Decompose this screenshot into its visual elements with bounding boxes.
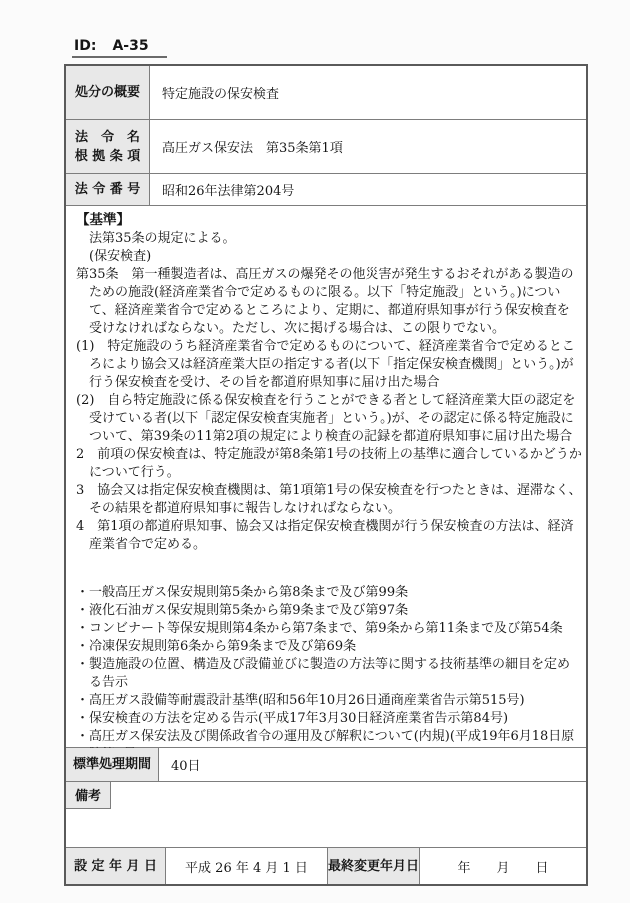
criteria-section: 【基準】 法第35条の規定による。 (保安検査) 第35条 第一種製造者は、高圧… <box>66 206 586 748</box>
law-number-label: 法 令 番 号 <box>66 174 150 205</box>
regulation-bullet: ・高圧ガス設備等耐震設計基準(昭和56年10月26日通商産業省告示第515号) <box>76 692 582 710</box>
processing-period-value: 40日 <box>159 748 586 781</box>
remarks-label: 備考 <box>66 782 111 809</box>
row-overview: 処分の概要 特定施設の保安検査 <box>66 66 586 120</box>
criteria-intro-line: 法第35条の規定による。 <box>76 230 582 248</box>
last-modified-label: 最終変更年月日 <box>328 848 420 884</box>
law-number-value: 昭和26年法律第204号 <box>150 174 586 205</box>
id-label: ID: <box>74 38 96 54</box>
regulation-bullet: ・保安検査の方法を定める告示(平成17年3月30日経済産業省告示第84号) <box>76 710 582 728</box>
last-modified-value: 年 月 日 <box>420 848 586 884</box>
criteria-paragraph: 第35条 第一種製造者は、高圧ガスの爆発その他災害が発生するおそれがある製造のた… <box>76 266 582 338</box>
law-name-label-line1: 法 令 名 <box>75 128 140 147</box>
criteria-paragraph: (1) 特定施設のうち経済産業省令で定めるものについて、経済産業省令で定めるとこ… <box>76 338 582 392</box>
regulation-bullet: ・冷凍保安規則第6条から第9条まで及び第69条 <box>76 638 582 656</box>
row-law-number: 法 令 番 号 昭和26年法律第204号 <box>66 174 586 206</box>
set-date-value: 平成 26 年 4 月 1 日 <box>166 848 328 884</box>
regulation-bullet-list: ・一般高圧ガス保安規則第5条から第8条まで及び第99条 ・液化石油ガス保安規則第… <box>76 584 582 764</box>
row-processing-period: 標準処理期間 40日 <box>66 748 586 782</box>
overview-value: 特定施設の保安検査 <box>150 66 586 119</box>
id-value: A-35 <box>112 38 148 54</box>
criteria-intro-line: (保安検査) <box>76 248 582 266</box>
document-page: ID:A-35 処分の概要 特定施設の保安検査 法 令 名 根 拠 条 項 高圧… <box>0 0 630 903</box>
row-law-name: 法 令 名 根 拠 条 項 高圧ガス保安法 第35条第1項 <box>66 120 586 174</box>
law-name-label: 法 令 名 根 拠 条 項 <box>66 120 150 173</box>
overview-label: 処分の概要 <box>66 66 150 119</box>
law-name-label-line2: 根 拠 条 項 <box>75 147 141 166</box>
criteria-paragraph: (2) 自ら特定施設に係る保安検査を行うことができる者として経済産業大臣の認定を… <box>76 392 582 446</box>
criteria-body: 法第35条の規定による。 (保安検査) 第35条 第一種製造者は、高圧ガスの爆発… <box>76 230 582 764</box>
criteria-heading: 【基準】 <box>76 211 582 230</box>
row-remarks: 備考 <box>66 782 586 848</box>
criteria-paragraph: 4 第1項の都道府県知事、協会又は指定保安検査機関が行う保安検査の方法は、経済産… <box>76 518 582 554</box>
row-dates: 設 定 年 月 日 平成 26 年 4 月 1 日 最終変更年月日 年 月 日 <box>66 848 586 884</box>
criteria-paragraph: 3 協会又は指定保安検査機関は、第1項第1号の保安検査を行つたときは、遅滞なく、… <box>76 482 582 518</box>
document-id: ID:A-35 <box>72 38 167 58</box>
regulation-bullet: ・製造施設の位置、構造及び設備並びに製造の方法等に関する技術基準の細目を定める告… <box>76 656 582 692</box>
regulation-bullet: ・コンビナート等保安規則第4条から第7条まで、第9条から第11条まで及び第54条 <box>76 620 582 638</box>
criteria-paragraph: 2 前項の保安検査は、特定施設が第8条第1号の技術上の基準に適合しているかどうか… <box>76 446 582 482</box>
processing-period-label: 標準処理期間 <box>66 748 159 781</box>
set-date-label: 設 定 年 月 日 <box>66 848 166 884</box>
info-table: 処分の概要 特定施設の保安検査 法 令 名 根 拠 条 項 高圧ガス保安法 第3… <box>64 64 588 886</box>
law-name-value: 高圧ガス保安法 第35条第1項 <box>150 120 586 173</box>
regulation-bullet: ・一般高圧ガス保安規則第5条から第8条まで及び第99条 <box>76 584 582 602</box>
regulation-bullet: ・液化石油ガス保安規則第5条から第9条まで及び第97条 <box>76 602 582 620</box>
